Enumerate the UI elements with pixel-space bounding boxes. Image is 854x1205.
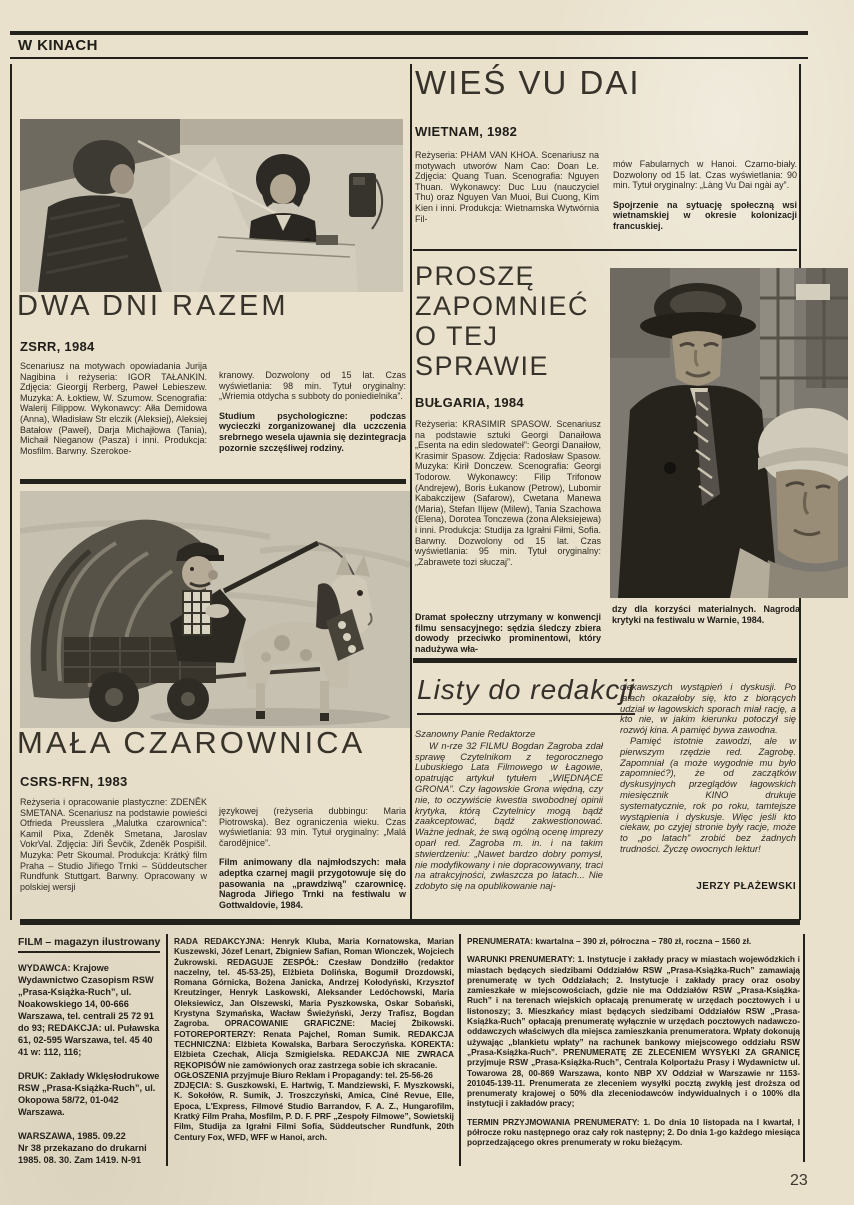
imprint-subscription-deadlines: TERMIN PRZYJMOWANIA PRENUMERATY: 1. Do d… xyxy=(467,1117,800,1148)
imprint-column-subscription: PRENUMERATA: kwartalna – 390 zł, półrocz… xyxy=(467,936,800,1148)
header-rule-bottom xyxy=(10,57,808,59)
mala-czarownica-title: MAŁA CZAROWNICA xyxy=(17,728,365,758)
dwa-dni-razem-divider-bar xyxy=(20,479,406,484)
left-column-rule xyxy=(10,64,12,920)
imprint-city-date: WARSZAWA, 1985. 09.22 xyxy=(18,1130,163,1142)
imprint-top-bar xyxy=(20,919,800,925)
wies-vu-dai-credits-cont: mów Fabularnych w Hanoi. Czarno-biały. D… xyxy=(613,159,797,191)
dwa-dni-razem-title: DWA DNI RAZEM xyxy=(17,291,289,321)
letter-signature: JERZY PŁAŻEWSKI xyxy=(620,881,796,892)
imprint-subscription-terms: WARUNKI PRENUMERATY: 1. Instytucje i zak… xyxy=(467,954,800,1108)
prosze-zapomniec-caption: dzy dla korzyści materialnych. Nagroda k… xyxy=(612,604,800,625)
letters-column-1: Szanowny Panie Redaktorze W n-rze 32 FIL… xyxy=(415,729,603,892)
imprint-issue-note: Nr 38 przekazano do drukarni 1985. 08. 3… xyxy=(18,1142,163,1166)
wies-vu-dai-body: Reżyseria: PHAM VAN KHOA. Scenariusz na … xyxy=(415,150,797,241)
wies-vu-dai-title: WIEŚ VU DAI xyxy=(415,68,641,98)
dwa-dni-razem-origin: ZSRR, 1984 xyxy=(20,339,95,354)
prosze-zapomniec-origin: BUŁGARIA, 1984 xyxy=(415,395,524,410)
wies-vu-dai-summary: Spojrzenie na sytuację społeczną wsi wie… xyxy=(613,200,797,232)
prosze-zapomniec-film-still-photo xyxy=(610,268,848,598)
letter-reply: Pamięć istotnie zawodzi, ale w pierwszym… xyxy=(620,736,796,855)
mala-czarownica-summary: Film animowany dla najmłodszych: mała ad… xyxy=(219,857,406,910)
letters-column-2: ciekawszych wystąpień i dyskusji. Po lat… xyxy=(620,682,796,892)
wies-vu-dai-divider xyxy=(413,249,797,251)
dwa-dni-razem-credits: Scenariusz na motywach opowiadania Jurij… xyxy=(20,361,207,462)
prosze-zapomniec-title: PROSZĘ ZAPOMNIEĆ O TEJ SPRAWIE xyxy=(415,261,589,381)
letters-section-title: Listy do redakcji xyxy=(417,674,635,715)
imprint-column-editorial: RADA REDAKCYJNA: Henryk Kluba, Maria Kor… xyxy=(174,936,454,1142)
dwa-dni-razem-body: Scenariusz na motywach opowiadania Jurij… xyxy=(20,361,406,462)
imprint-rule-1 xyxy=(166,934,168,1166)
letter-body-col2a: ciekawszych wystąpień i dyskusji. Po lat… xyxy=(620,682,796,736)
section-kicker: W KINACH xyxy=(18,37,98,54)
header-rule-top xyxy=(10,31,808,35)
letter-body-col1: W n-rze 32 FILMU Bogdan Zagroba zdał spr… xyxy=(415,741,603,892)
letter-salutation: Szanowny Panie Redaktorze xyxy=(415,729,603,740)
magazine-page: W KINACH DWA DNI RAZEM ZSRR, 1984 Scenar… xyxy=(0,0,854,1205)
imprint-editorial-board: RADA REDAKCYJNA: Henryk Kluba, Maria Kor… xyxy=(174,936,454,1070)
mala-czarownica-origin: CSRS-RFN, 1983 xyxy=(20,774,128,789)
imprint-publisher: WYDAWCA: Krajowe Wydawnictwo Czasopism R… xyxy=(18,962,163,1058)
mala-czarownica-illustration xyxy=(20,491,410,728)
mala-czarownica-credits-cont: językowej (reżyseria dubbingu: Maria Pio… xyxy=(219,806,406,848)
dwa-dni-razem-summary: Studium psychologiczne: podczas wycieczk… xyxy=(219,411,406,453)
mala-czarownica-body: Reżyseria i opracowanie plastyczne: ZDEN… xyxy=(20,797,406,919)
imprint-subscription-prices: PRENUMERATA: kwartalna – 390 zł, półrocz… xyxy=(467,936,800,946)
imprint-ads: OGŁOSZENIA przyjmuje Biuro Reklam i Prop… xyxy=(174,1070,454,1080)
imprint-rule-right xyxy=(803,934,805,1162)
imprint-printer: DRUK: Zakłady Wklęsłodrukowe RSW „Prasa-… xyxy=(18,1070,163,1118)
imprint-magazine-name: FILM – magazyn ilustrowany xyxy=(18,936,160,953)
mid-column-rule xyxy=(410,64,412,920)
letters-top-bar xyxy=(413,658,797,663)
prosze-zapomniec-credits: Reżyseria: KRASIMIR SPASOW. Scenariusz n… xyxy=(415,419,601,567)
page-number: 23 xyxy=(790,1172,808,1190)
prosze-zapomniec-summary: Dramat społeczny utrzymany w konwencji f… xyxy=(415,612,601,654)
imprint-rule-2 xyxy=(459,934,461,1166)
dwa-dni-razem-credits-cont: kranowy. Dozwolony od 15 lat. Czas wyświ… xyxy=(219,370,406,402)
wies-vu-dai-origin: WIETNAM, 1982 xyxy=(415,124,517,139)
dwa-dni-razem-film-still-photo xyxy=(20,119,403,292)
mala-czarownica-credits: Reżyseria i opracowanie plastyczne: ZDEN… xyxy=(20,797,207,919)
imprint-column-publisher: FILM – magazyn ilustrowany WYDAWCA: Kraj… xyxy=(18,936,163,1166)
imprint-photo-credits: ZDJĘCIA: S. Guszkowski, E. Hartwig, T. M… xyxy=(174,1080,454,1142)
wies-vu-dai-credits: Reżyseria: PHAM VAN KHOA. Scenariusz na … xyxy=(415,150,599,241)
